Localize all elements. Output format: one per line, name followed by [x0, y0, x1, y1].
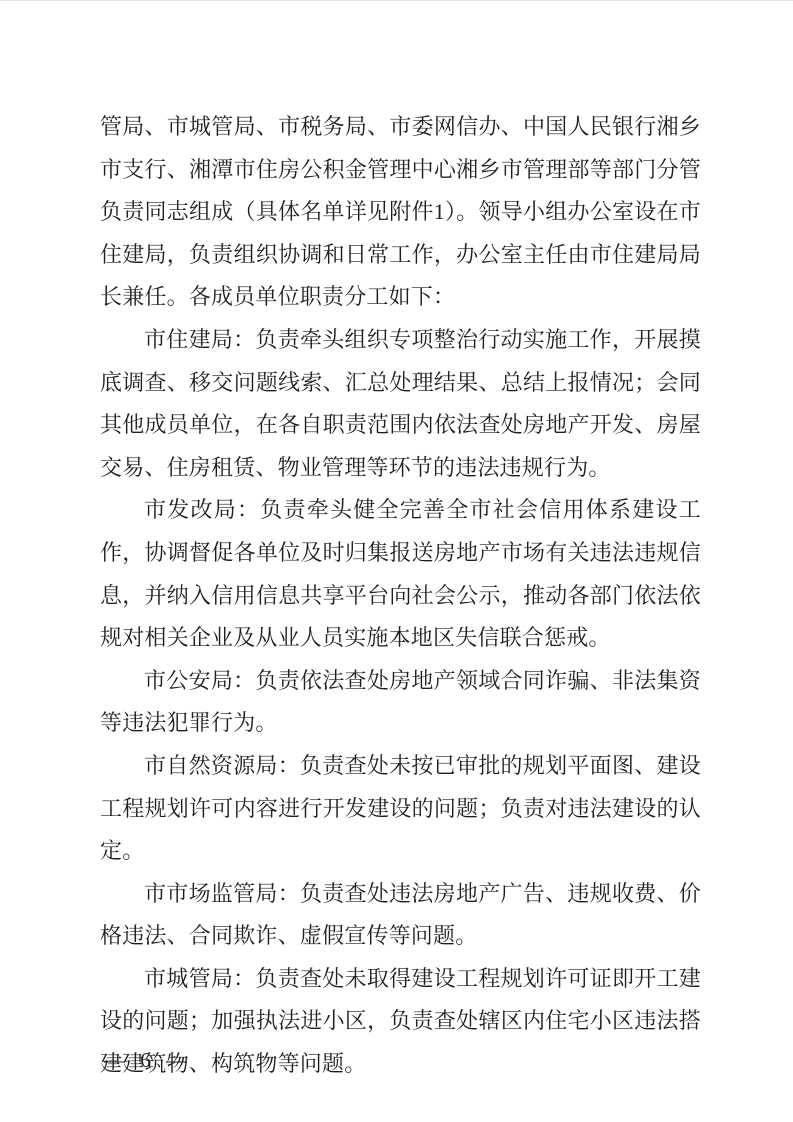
- paragraph: 市发改局：负责牵头健全完善全市社会信用体系建设工作，协调督促各单位及时归集报送房…: [100, 489, 701, 659]
- paragraph: 管局、市城管局、市税务局、市委网信办、中国人民银行湘乡市支行、湘潭市住房公积金管…: [100, 106, 701, 319]
- document-page: 管局、市城管局、市税务局、市委网信办、中国人民银行湘乡市支行、湘潭市住房公积金管…: [0, 0, 793, 1122]
- scan-artifact-line: [0, 0, 793, 1]
- paragraph: 市自然资源局：负责查处未按已审批的规划平面图、建设工程规划许可内容进行开发建设的…: [100, 745, 701, 873]
- paragraph: 市住建局：负责牵头组织专项整治行动实施工作，开展摸底调查、移交问题线索、汇总处理…: [100, 319, 701, 489]
- paragraph: 市市场监管局：负责查处违法房地产广告、违规收费、价格违法、合同欺诈、虚假宣传等问…: [100, 873, 701, 958]
- page-number: — 6 —: [104, 1048, 189, 1073]
- paragraph: 市公安局：负责依法查处房地产领域合同诈骗、非法集资等违法犯罪行为。: [100, 660, 701, 745]
- paragraph: 市城管局：负责查处未取得建设工程规划许可证即开工建设的问题；加强执法进小区，负责…: [100, 958, 701, 1086]
- document-body: 管局、市城管局、市税务局、市委网信办、中国人民银行湘乡市支行、湘潭市住房公积金管…: [100, 106, 701, 1086]
